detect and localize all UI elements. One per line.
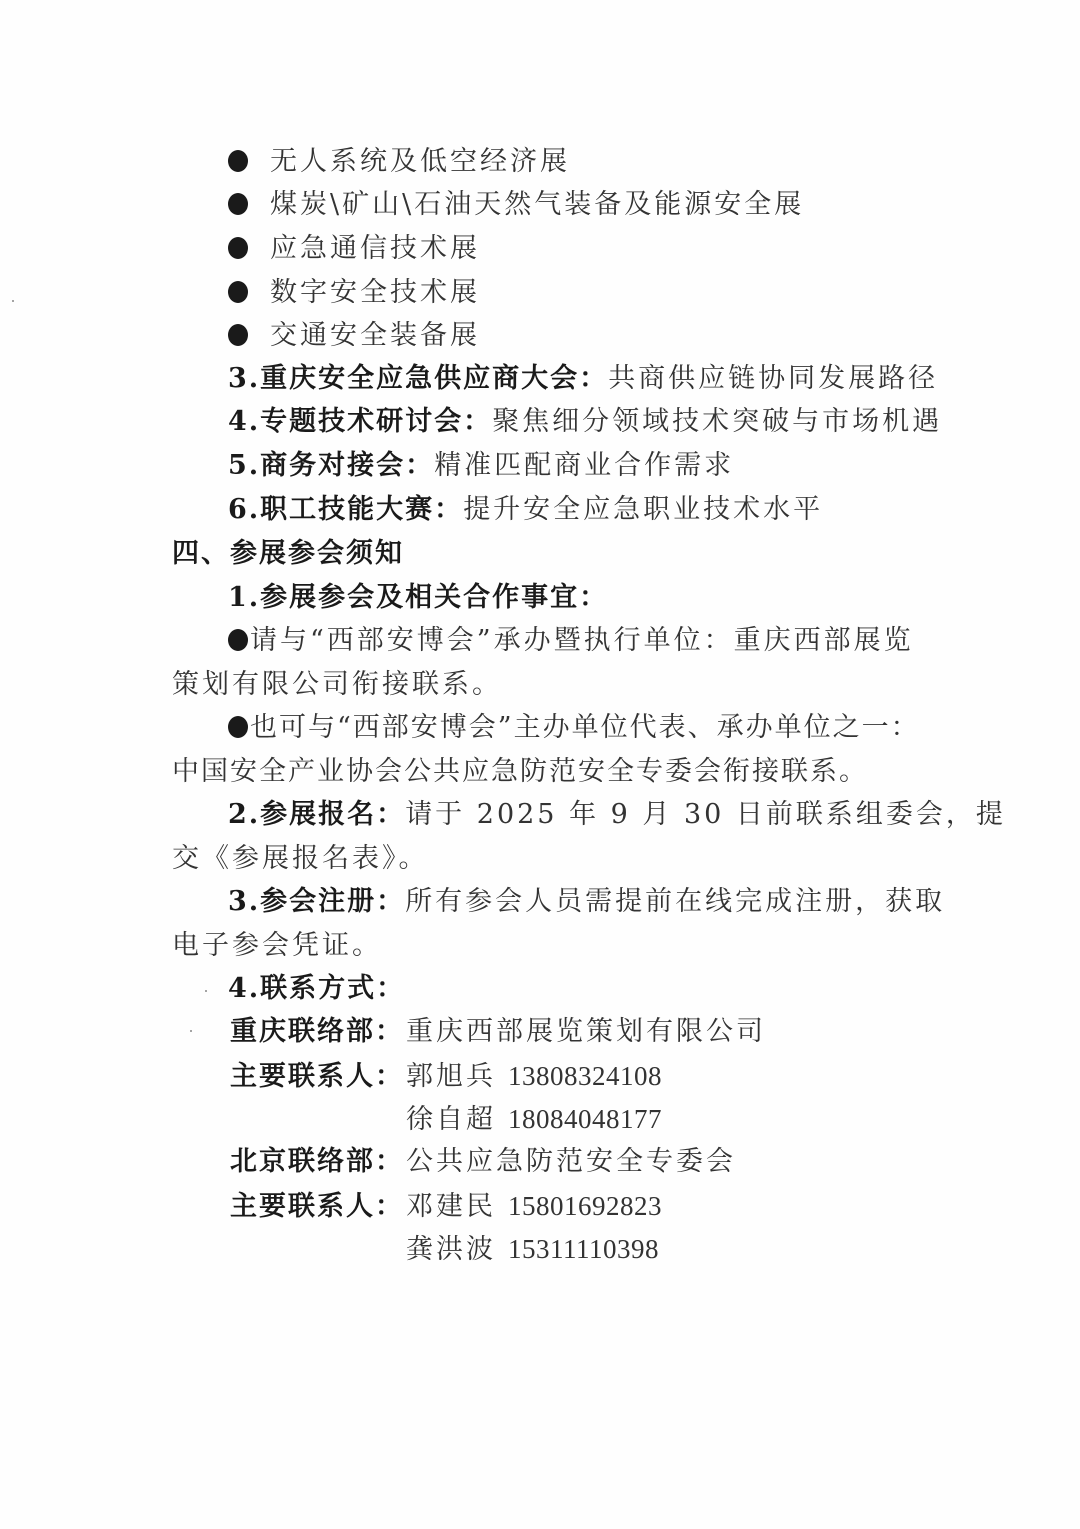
paragraph-text: 所有参会人员需提前在线完成注册，获取 <box>405 886 945 917</box>
liaison-org: 重庆西部展览策划有限公司 <box>406 1016 766 1047</box>
scan-speck <box>12 300 14 302</box>
bullet-icon <box>228 629 248 651</box>
contact-phone: 13808324108 <box>508 1061 662 1091</box>
item1-bullet1: 请与“西部安博会”承办暨执行单位：重庆西部展览 <box>228 621 914 661</box>
paragraph-text: 交《参展报名表》。 <box>172 839 429 879</box>
activity-item: 4.专题技术研讨会：聚焦细分领域技术突破与市场机遇 <box>228 402 942 442</box>
contact-phone: 15311110398 <box>508 1234 659 1264</box>
paragraph-text: 也可与“西部安博会”主办单位代表、承办单位之一： <box>250 712 920 743</box>
contact-name: 郭旭兵 <box>406 1061 496 1092</box>
activity-item: 6.职工技能大赛：提升安全应急职业技术水平 <box>228 490 823 530</box>
contact-label: 主要联系人： <box>230 1057 406 1097</box>
item1-bullet2: 也可与“西部安博会”主办单位代表、承办单位之一： <box>228 708 920 748</box>
contact-name: 邓建民 <box>406 1191 496 1222</box>
activity-title: 3.重庆安全应急供应商大会： <box>228 363 608 394</box>
activity-desc: 精准匹配商业合作需求 <box>434 450 734 481</box>
liaison-label: 重庆联络部： <box>230 1012 406 1052</box>
bullet-icon <box>228 324 248 346</box>
list-item-text: 应急通信技术展 <box>270 233 480 264</box>
liaison-org: 公共应急防范安全专委会 <box>406 1146 736 1177</box>
paragraph-text: 策划有限公司衔接联系。 <box>172 665 502 705</box>
contact-phone: 18084048177 <box>508 1104 662 1134</box>
item2: 2.参展报名：请于 2025 年 9 月 30 日前联系组委会，提 <box>228 795 1006 835</box>
contact-row: 龚洪波15311110398 <box>230 1229 659 1270</box>
list-item-text: 数字安全技术展 <box>270 277 480 308</box>
liaison-label: 北京联络部： <box>230 1142 406 1182</box>
item3-title: 3.参会注册： <box>228 886 405 917</box>
list-item: 煤炭\矿山\石油天然气装备及能源安全展 <box>228 185 804 225</box>
bullet-icon <box>228 150 248 172</box>
activity-title: 6.职工技能大赛： <box>228 494 463 525</box>
document-page: 无人系统及低空经济展 煤炭\矿山\石油天然气装备及能源安全展 应急通信技术展 数… <box>0 0 1080 1529</box>
paragraph-text: 请与“西部安博会”承办暨执行单位：重庆西部展览 <box>250 625 914 656</box>
contact-phone: 15801692823 <box>508 1191 662 1221</box>
chongqing-liaison: 重庆联络部：重庆西部展览策划有限公司 <box>230 1012 766 1052</box>
list-item-text: 交通安全装备展 <box>270 320 480 351</box>
contact-row: 主要联系人：邓建民15801692823 <box>230 1186 662 1227</box>
scan-speck <box>190 1030 192 1032</box>
paragraph-text: 请于 2025 年 9 月 30 日前联系组委会，提 <box>405 799 1006 830</box>
activity-desc: 共商供应链协同发展路径 <box>608 363 938 394</box>
list-item-text: 煤炭\矿山\石油天然气装备及能源安全展 <box>270 189 804 220</box>
bullet-icon <box>228 193 248 215</box>
paragraph-text: 中国安全产业协会公共应急防范安全专委会衔接联系。 <box>172 752 868 792</box>
list-item: 无人系统及低空经济展 <box>228 142 570 182</box>
list-item-text: 无人系统及低空经济展 <box>270 146 570 177</box>
section-heading: 四、参展参会须知 <box>172 534 404 574</box>
activity-desc: 提升安全应急职业技术水平 <box>463 494 823 525</box>
activity-title: 4.专题技术研讨会： <box>228 406 492 437</box>
activity-item: 3.重庆安全应急供应商大会：共商供应链协同发展路径 <box>228 359 938 399</box>
item2-title: 2.参展报名： <box>228 799 405 830</box>
list-item: 应急通信技术展 <box>228 229 480 269</box>
contact-row: 徐自超18084048177 <box>230 1099 662 1140</box>
activity-item: 5.商务对接会：精准匹配商业合作需求 <box>228 446 734 486</box>
contact-label: 主要联系人： <box>230 1187 406 1227</box>
bullet-icon <box>228 237 248 259</box>
list-item: 数字安全技术展 <box>228 273 480 313</box>
bullet-icon <box>228 716 248 738</box>
item1-title: 1.参展参会及相关合作事宜： <box>228 578 608 618</box>
list-item: 交通安全装备展 <box>228 316 480 356</box>
scan-speck <box>205 990 207 992</box>
item4-title: 4.联系方式： <box>228 969 405 1009</box>
activity-desc: 聚焦细分领域技术突破与市场机遇 <box>492 406 942 437</box>
bullet-icon <box>228 281 248 303</box>
contact-name: 徐自超 <box>406 1104 496 1135</box>
contact-row: 主要联系人：郭旭兵13808324108 <box>230 1056 662 1097</box>
contact-name: 龚洪波 <box>406 1234 496 1265</box>
item3: 3.参会注册：所有参会人员需提前在线完成注册，获取 <box>228 882 945 922</box>
activity-title: 5.商务对接会： <box>228 450 434 481</box>
beijing-liaison: 北京联络部：公共应急防范安全专委会 <box>230 1142 736 1182</box>
paragraph-text: 电子参会凭证。 <box>172 926 382 966</box>
